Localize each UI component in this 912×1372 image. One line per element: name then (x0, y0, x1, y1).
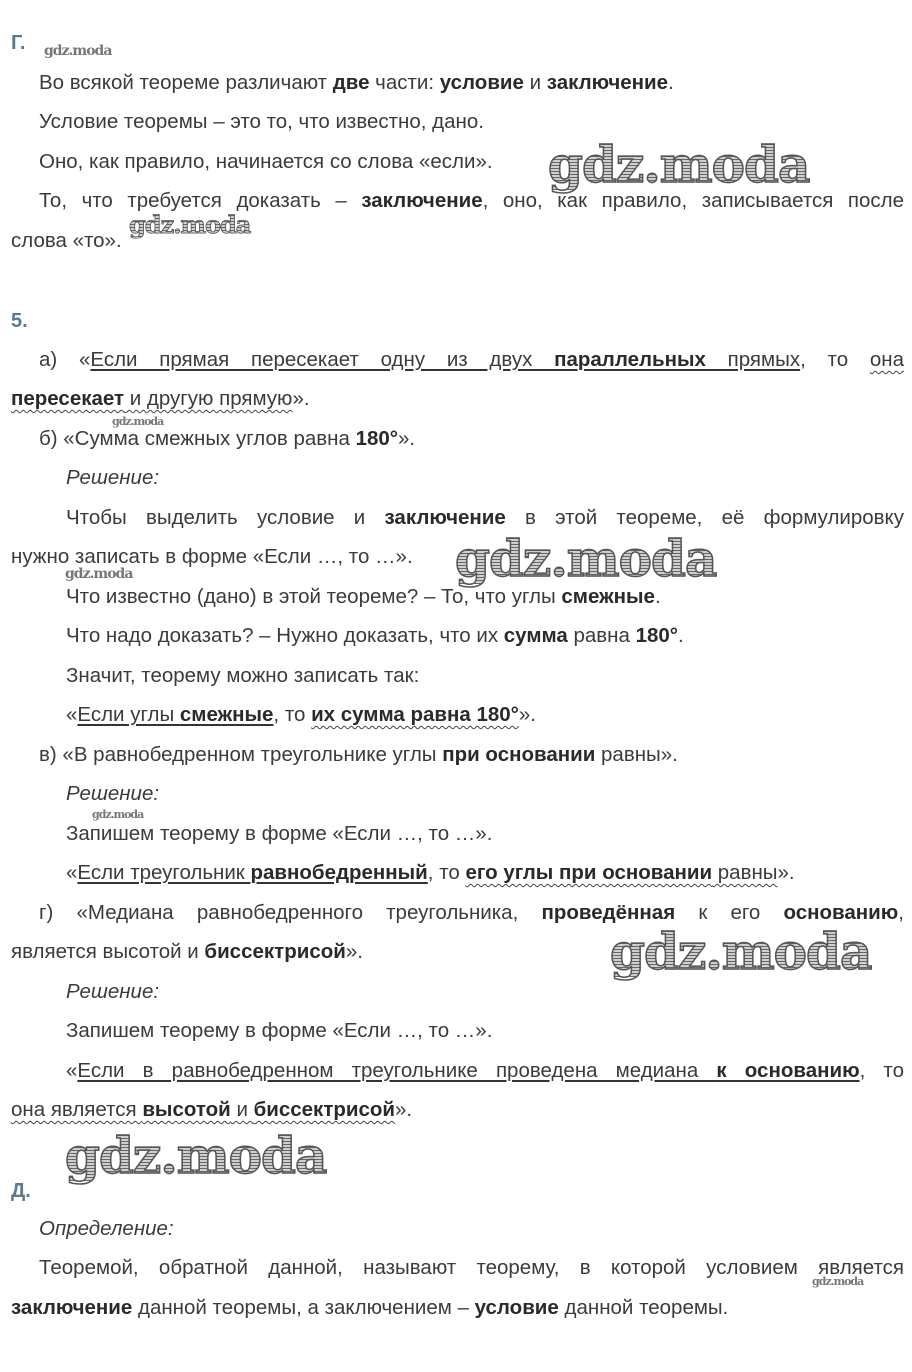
text-run: равны (712, 861, 777, 884)
text-run: б) «Сумма смежных углов равна (39, 427, 356, 450)
text-run: проведённая (541, 901, 675, 924)
text-run: условие (440, 71, 524, 94)
text-run: 180° (356, 427, 398, 450)
text-line: Оно, как правило, начинается со слова «е… (39, 149, 904, 175)
text-line: Условие теоремы – это то, что известно, … (39, 109, 904, 135)
text-run: данной теоремы, а заключением – (132, 1296, 474, 1319)
text-run: его углы при основании (465, 861, 712, 884)
watermark: gdz.moda (65, 1131, 326, 1181)
watermark: gdz.moda (92, 809, 143, 820)
text-run: заключение (11, 1296, 132, 1319)
text-run: а) « (39, 348, 90, 371)
text-run: их сумма равна 180° (311, 703, 519, 726)
text-run: Если прямая пересекает одну из двух (90, 348, 554, 371)
text-run: Если в равнобедренном треугольнике прове… (77, 1059, 716, 1082)
text-line: То, что требуется доказать – заключение,… (39, 188, 904, 214)
text-run: в этой теореме, её формулировку (506, 506, 904, 529)
text-run: и другую прямую (124, 387, 292, 410)
text-run: Что надо доказать? – Нужно доказать, что… (66, 624, 504, 647)
text-run: условие (475, 1296, 559, 1319)
text-run: к основанию (716, 1059, 859, 1082)
text-run: Запишем теорему в форме «Если …, то …». (66, 822, 492, 845)
text-run: , то (800, 348, 870, 371)
text-line: нужно записать в форме «Если …, то …». (11, 544, 904, 570)
text-line: Решение: (66, 979, 904, 1005)
text-line: Что известно (дано) в этой теореме? – То… (66, 584, 904, 610)
text-line: Значит, теорему можно записать так: (66, 663, 904, 689)
text-run: Решение: (66, 782, 159, 805)
text-run: является высотой и (11, 940, 204, 963)
section-label-g: Г. (11, 30, 25, 56)
text-run: ». (519, 703, 536, 726)
text-run: « (66, 1059, 77, 1082)
text-run: Во всякой теореме различают (39, 71, 333, 94)
text-run: к его (675, 901, 783, 924)
text-run: Оно, как правило, начинается со слова «е… (39, 150, 493, 173)
text-run: ». (292, 387, 309, 410)
text-run: Решение: (66, 466, 159, 489)
text-run: данной теоремы. (559, 1296, 729, 1319)
text-run: части: (369, 71, 439, 94)
text-run: , то (428, 861, 466, 884)
text-run: слова «то». (11, 229, 122, 252)
text-line: «Если в равнобедренном треугольнике пров… (66, 1058, 904, 1084)
text-run: То, что требуется доказать – (39, 189, 361, 212)
text-run: биссектрисой (204, 940, 345, 963)
text-run: . (655, 585, 661, 608)
text-run: заключение (385, 506, 506, 529)
text-run: смежные (180, 703, 274, 726)
text-run: . (678, 624, 684, 647)
text-run: ». (346, 940, 363, 963)
text-run: высотой (142, 1098, 230, 1121)
text-run: ». (395, 1098, 412, 1121)
text-run: Чтобы выделить условие и (66, 506, 385, 529)
text-line: Во всякой теореме различают две части: у… (39, 70, 904, 96)
text-run: ». (398, 427, 415, 450)
text-run: . (668, 71, 674, 94)
text-run: Что известно (дано) в этой теореме? – То… (66, 585, 561, 608)
text-line: в) «В равнобедренном треугольнике углы п… (39, 742, 904, 768)
text-run: Если углы (77, 703, 179, 726)
text-line: «Если углы смежные, то их сумма равна 18… (66, 702, 904, 728)
text-line: Теоремой, обратной данной, называют теор… (39, 1255, 904, 1281)
text-run: Значит, теорему можно записать так: (66, 664, 419, 687)
text-run: Если треугольник (77, 861, 250, 884)
text-run: равны». (595, 743, 678, 766)
text-run: равна (568, 624, 636, 647)
text-run: при основании (442, 743, 595, 766)
text-run: « (66, 703, 77, 726)
text-run: две (333, 71, 370, 94)
text-run: прямых (706, 348, 800, 371)
text-line: слова «то». (11, 228, 904, 254)
text-run: « (66, 861, 77, 884)
text-line: Решение: (66, 781, 904, 807)
text-run: пересекает (11, 387, 124, 410)
section-label-5: 5. (11, 308, 28, 334)
text-line: Запишем теорему в форме «Если …, то …». (66, 821, 904, 847)
text-run: параллельных (554, 348, 706, 371)
text-run: сумма (504, 624, 568, 647)
text-run: Определение: (39, 1217, 174, 1240)
text-line: б) «Сумма смежных углов равна 180°». (39, 426, 904, 452)
document-page: Г. 5. Д. Во всякой теореме различают две… (0, 0, 912, 1372)
text-run: заключение (547, 71, 668, 94)
text-run: Запишем теорему в форме «Если …, то …». (66, 1019, 492, 1042)
text-run: , то (273, 703, 311, 726)
text-run: нужно записать в форме «Если …, то …». (11, 545, 413, 568)
text-run: , оно, как правило, записывается после (483, 189, 904, 212)
text-run: Условие теоремы – это то, что известно, … (39, 110, 484, 133)
section-label-d: Д. (11, 1178, 31, 1204)
text-run: , то (860, 1059, 904, 1082)
text-line: «Если треугольник равнобедренный, то его… (66, 860, 904, 886)
text-line: она является высотой и биссектрисой». (11, 1097, 904, 1123)
text-run: Решение: (66, 980, 159, 1003)
watermark: gdz.moda (44, 44, 111, 58)
text-line: Чтобы выделить условие и заключение в эт… (66, 505, 904, 531)
text-line: г) «Медиана равнобедренного треугольника… (39, 900, 904, 926)
text-run: основанию (784, 901, 899, 924)
text-run: г) «Медиана равнобедренного треугольника… (39, 901, 541, 924)
text-run: Теоремой, обратной данной, называют теор… (39, 1256, 904, 1279)
text-run: 180° (636, 624, 678, 647)
text-run: ». (778, 861, 795, 884)
text-line: заключение данной теоремы, а заключением… (11, 1295, 904, 1321)
text-line: Запишем теорему в форме «Если …, то …». (66, 1018, 904, 1044)
text-run: смежные (561, 585, 655, 608)
text-run: заключение (361, 189, 482, 212)
text-line: Что надо доказать? – Нужно доказать, что… (66, 623, 904, 649)
text-run: , (898, 901, 904, 924)
text-run: и (524, 71, 547, 94)
text-line: Решение: (66, 465, 904, 491)
text-run: она (870, 348, 904, 371)
text-line: является высотой и биссектрисой». (11, 939, 904, 965)
text-line: а) «Если прямая пересекает одну из двух … (39, 347, 904, 373)
text-line: пересекает и другую прямую». (11, 386, 904, 412)
text-run: биссектрисой (254, 1098, 395, 1121)
text-run: и (231, 1098, 254, 1121)
text-line: Определение: (39, 1216, 904, 1242)
text-run: в) «В равнобедренном треугольнике углы (39, 743, 442, 766)
text-run: равнобедренный (250, 861, 427, 884)
text-run: она является (11, 1098, 142, 1121)
